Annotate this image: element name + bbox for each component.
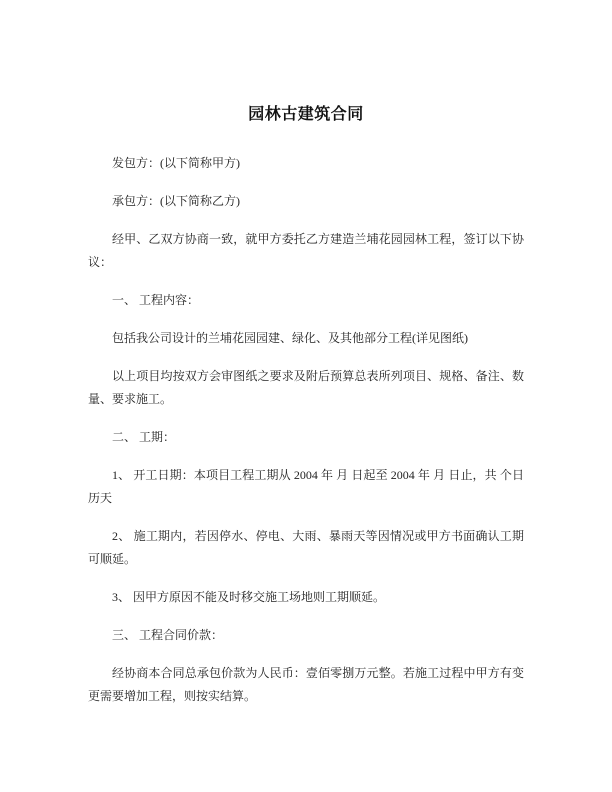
section-1-heading: 一、 工程内容： xyxy=(88,289,524,312)
preamble-paragraph: 经甲、乙双方协商一致，就甲方委托乙方建造兰埔花园园林工程，签订以下协议： xyxy=(88,228,524,274)
party-b-line: 承包方：(以下简称乙方) xyxy=(88,190,524,213)
clause-1-1: 包括我公司设计的兰埔花园园建、绿化、及其他部分工程(详见图纸) xyxy=(88,327,524,350)
document-page: 园林古建筑合同 发包方：(以下简称甲方) 承包方：(以下简称乙方) 经甲、乙双方… xyxy=(0,0,612,792)
document-title: 园林古建筑合同 xyxy=(88,102,524,128)
clause-1-2: 以上项目均按双方会审图纸之要求及附后预算总表所列项目、规格、备注、数量、要求施工… xyxy=(88,365,524,411)
clause-3-1: 经协商本合同总承包价款为人民币：壹佰零捌万元整。若施工过程中甲方有变更需要增加工… xyxy=(88,662,524,708)
clause-2-2: 2、 施工期内，若因停水、停电、大雨、暴雨天等因情况或甲方书面确认工期可顺延。 xyxy=(88,525,524,571)
document-body: 发包方：(以下简称甲方) 承包方：(以下简称乙方) 经甲、乙双方协商一致，就甲方… xyxy=(88,152,524,708)
clause-2-1: 1、 开工日期：本项目工程工期从 2004 年 月 日起至 2004 年 月 日… xyxy=(88,464,524,510)
party-a-line: 发包方：(以下简称甲方) xyxy=(88,152,524,175)
section-2-heading: 二、 工期： xyxy=(88,426,524,449)
section-3-heading: 三、 工程合同价款： xyxy=(88,624,524,647)
clause-2-3: 3、 因甲方原因不能及时移交施工场地则工期顺延。 xyxy=(88,586,524,609)
